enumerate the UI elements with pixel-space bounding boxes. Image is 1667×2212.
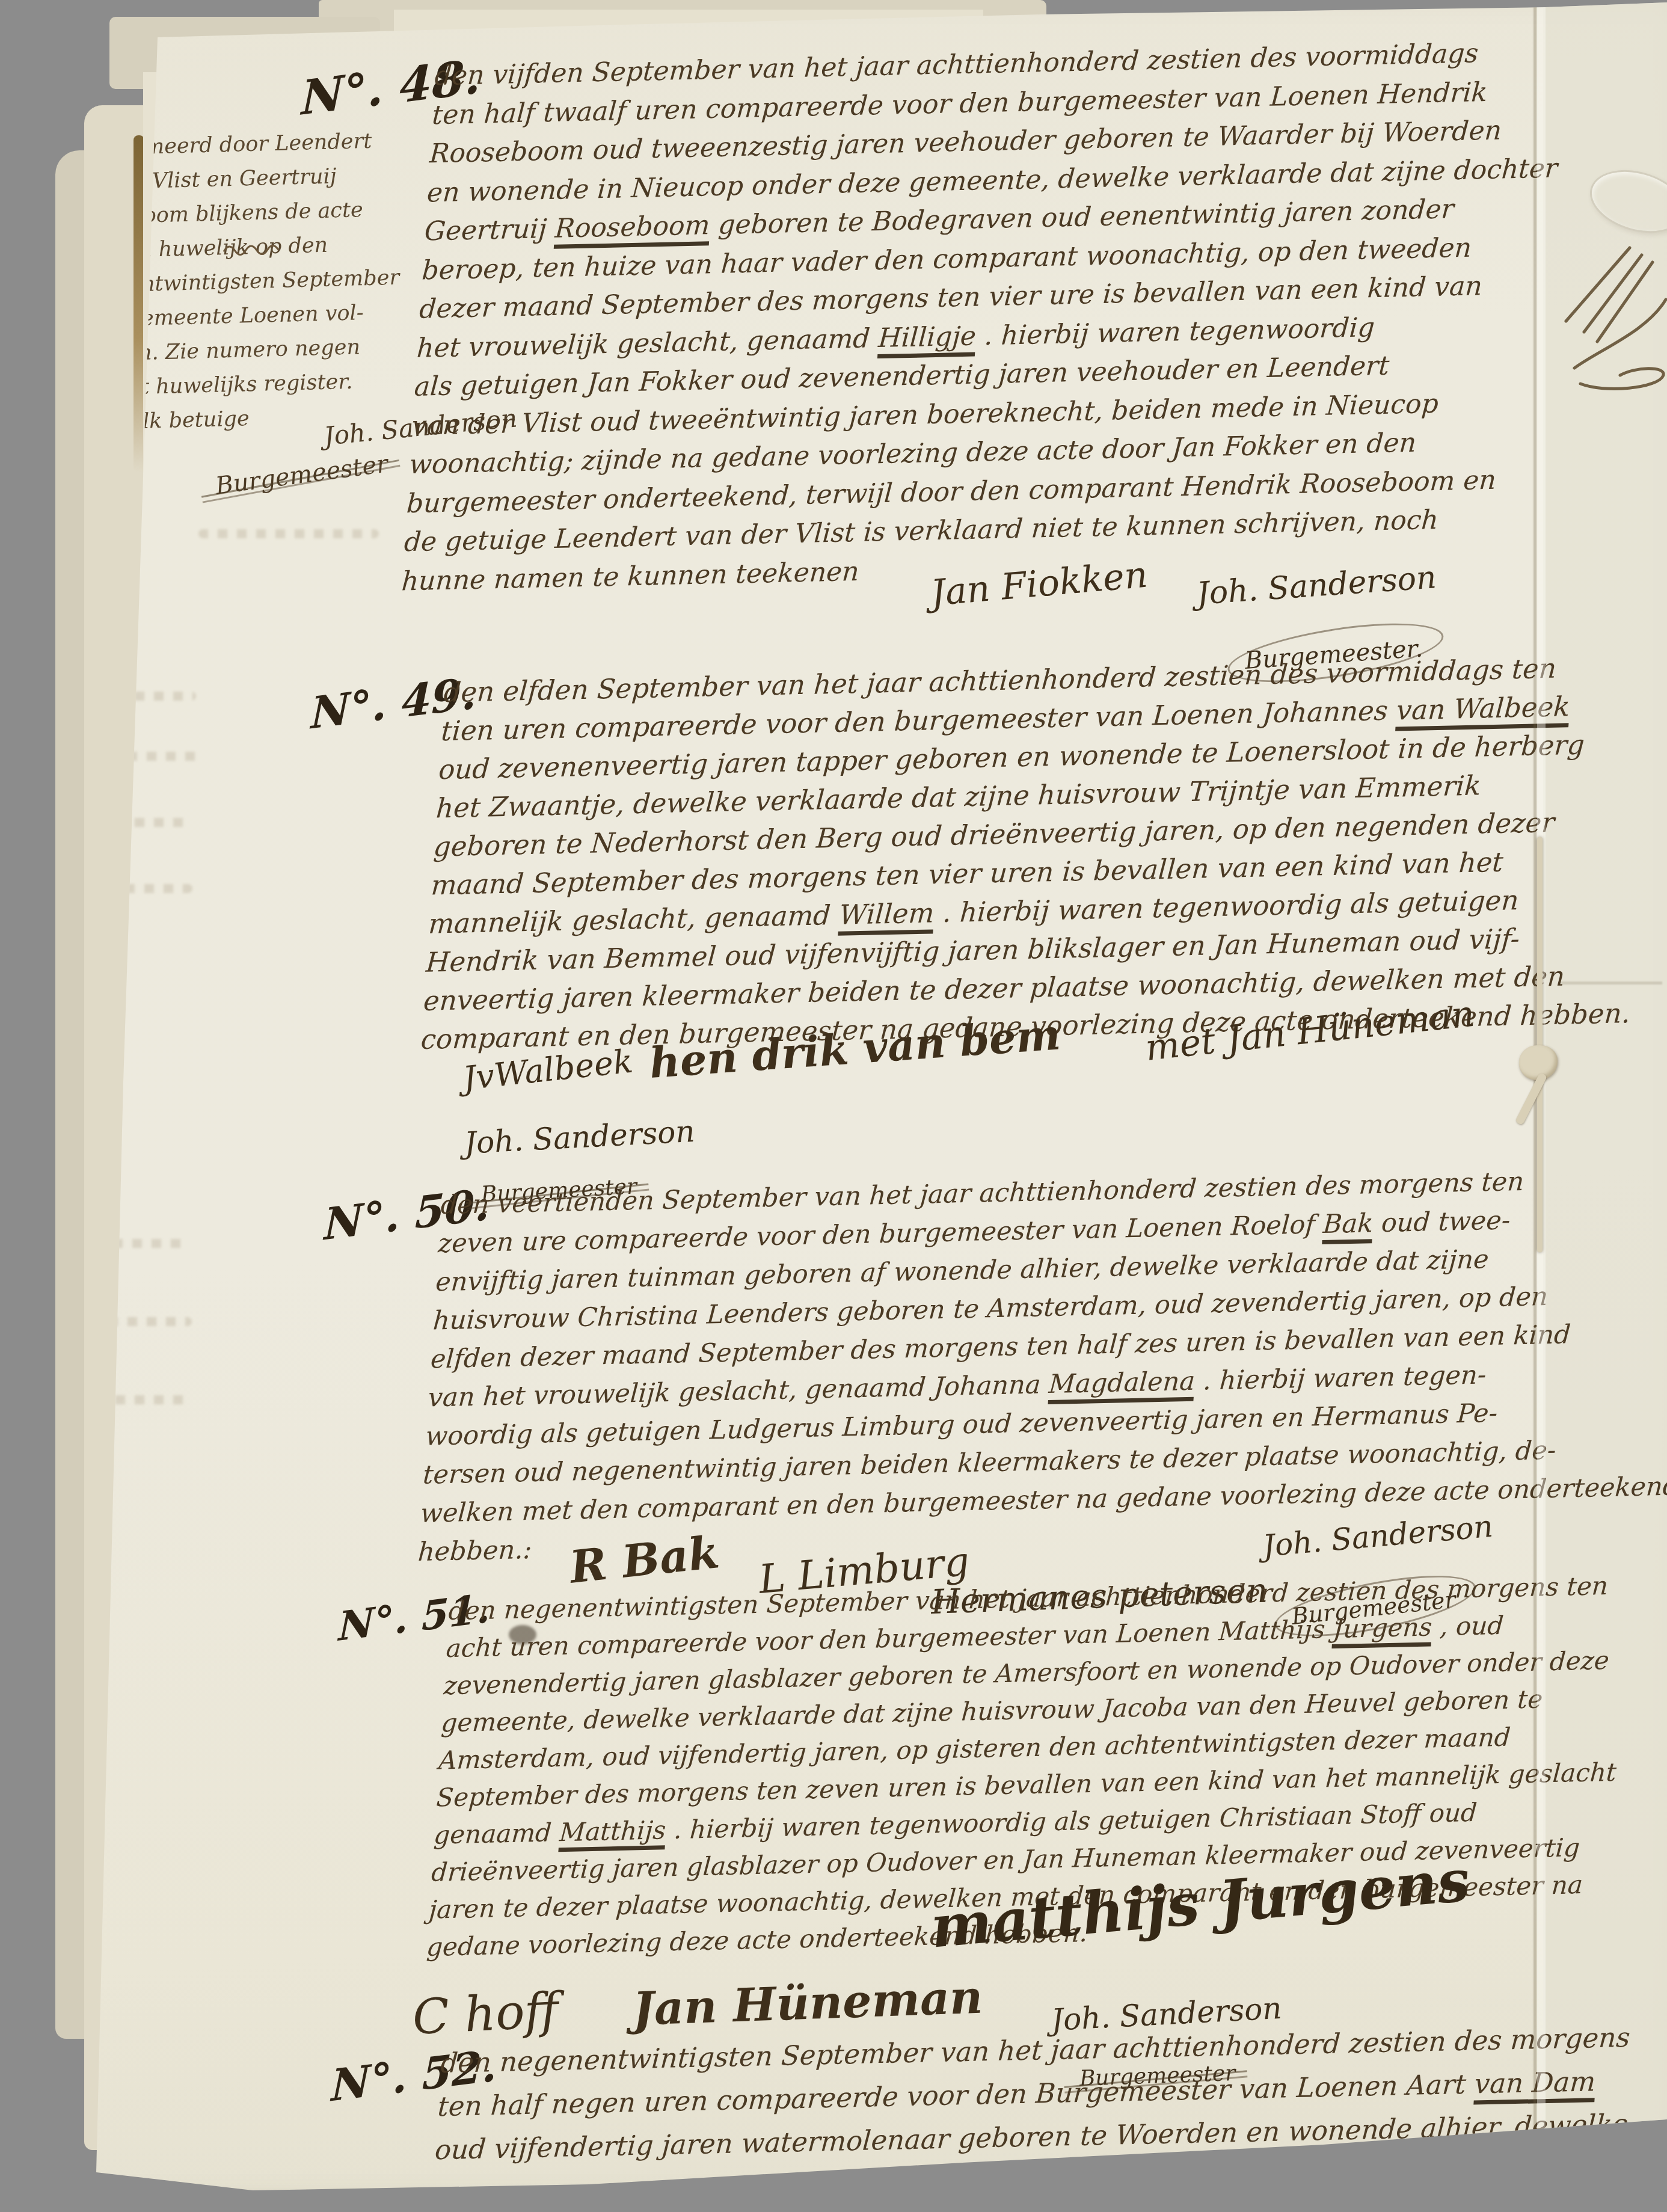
- text-segment: Geertruij: [423, 214, 556, 247]
- underlined-name: Magdalena: [1048, 1366, 1196, 1404]
- underlined-name: Matthijs: [558, 1815, 667, 1852]
- text-segment: oud twee-: [1372, 1205, 1511, 1238]
- signature-jan-huneman: Jan Hüneman: [631, 1970, 983, 2036]
- birth-act-51: den negenentwintigsten September van het…: [450, 1593, 1580, 1965]
- underlined-name: Hilligje: [877, 321, 977, 358]
- text-segment: . hierbij waren tegen-: [1194, 1360, 1487, 1396]
- birth-act-49: den elfden September van het jaar achtti…: [445, 674, 1564, 1058]
- next-page-flourish: [1562, 242, 1667, 398]
- text-segment: genaamd: [433, 1817, 560, 1850]
- text-segment: het vrouwelijk geslacht, genaamd: [416, 323, 880, 364]
- act-50-text: den veertienden September van het jaar a…: [417, 1161, 1573, 1571]
- underlined-name: Jurgens: [1332, 1612, 1433, 1648]
- margin-squiggle-mark: [221, 239, 294, 257]
- manuscript-sheet: gelegitimeerd door Leendertvan der Vlist…: [0, 0, 1667, 2212]
- text-segment: hunne namen te kunnen teekenen: [401, 556, 860, 597]
- text-segment: hebben.:: [417, 1535, 533, 1567]
- underlined-name: Bak: [1322, 1208, 1374, 1244]
- text-segment: mannelijk geslacht, genaamd: [428, 899, 840, 940]
- scanned-register-page: gelegitimeerd door Leendertvan der Vlist…: [0, 0, 1667, 2212]
- faint-pencil-line: [1561, 982, 1662, 985]
- underlined-name: Rooseboom: [554, 210, 711, 249]
- binding-thread: [1537, 837, 1543, 1252]
- text-segment: , oud: [1431, 1611, 1505, 1642]
- act-52-text: den negenentwintigsten September van het…: [434, 2017, 1561, 2172]
- act-48-text: den vijfden September van het jaar achtt…: [401, 32, 1555, 601]
- birth-act-52: den negenentwintigsten September van het…: [442, 2042, 1561, 2172]
- bleedthrough-text: [198, 529, 379, 538]
- signature-burgemeester-title: Burgemeester: [214, 450, 390, 500]
- text-segment: . hierbij waren tegenwoordig: [975, 312, 1375, 352]
- birth-act-50: den veertienden September van het jaar a…: [442, 1186, 1573, 1571]
- signature-joh-sanderson: Joh. Sanderson: [463, 1114, 695, 1161]
- signature-c-stoff: C hoff: [411, 1982, 560, 2045]
- birth-act-48: den vijfden September van het jaar achtt…: [436, 57, 1555, 600]
- act-49-text: den elfden September van het jaar achtti…: [420, 649, 1564, 1059]
- underlined-name: Willem: [838, 897, 935, 936]
